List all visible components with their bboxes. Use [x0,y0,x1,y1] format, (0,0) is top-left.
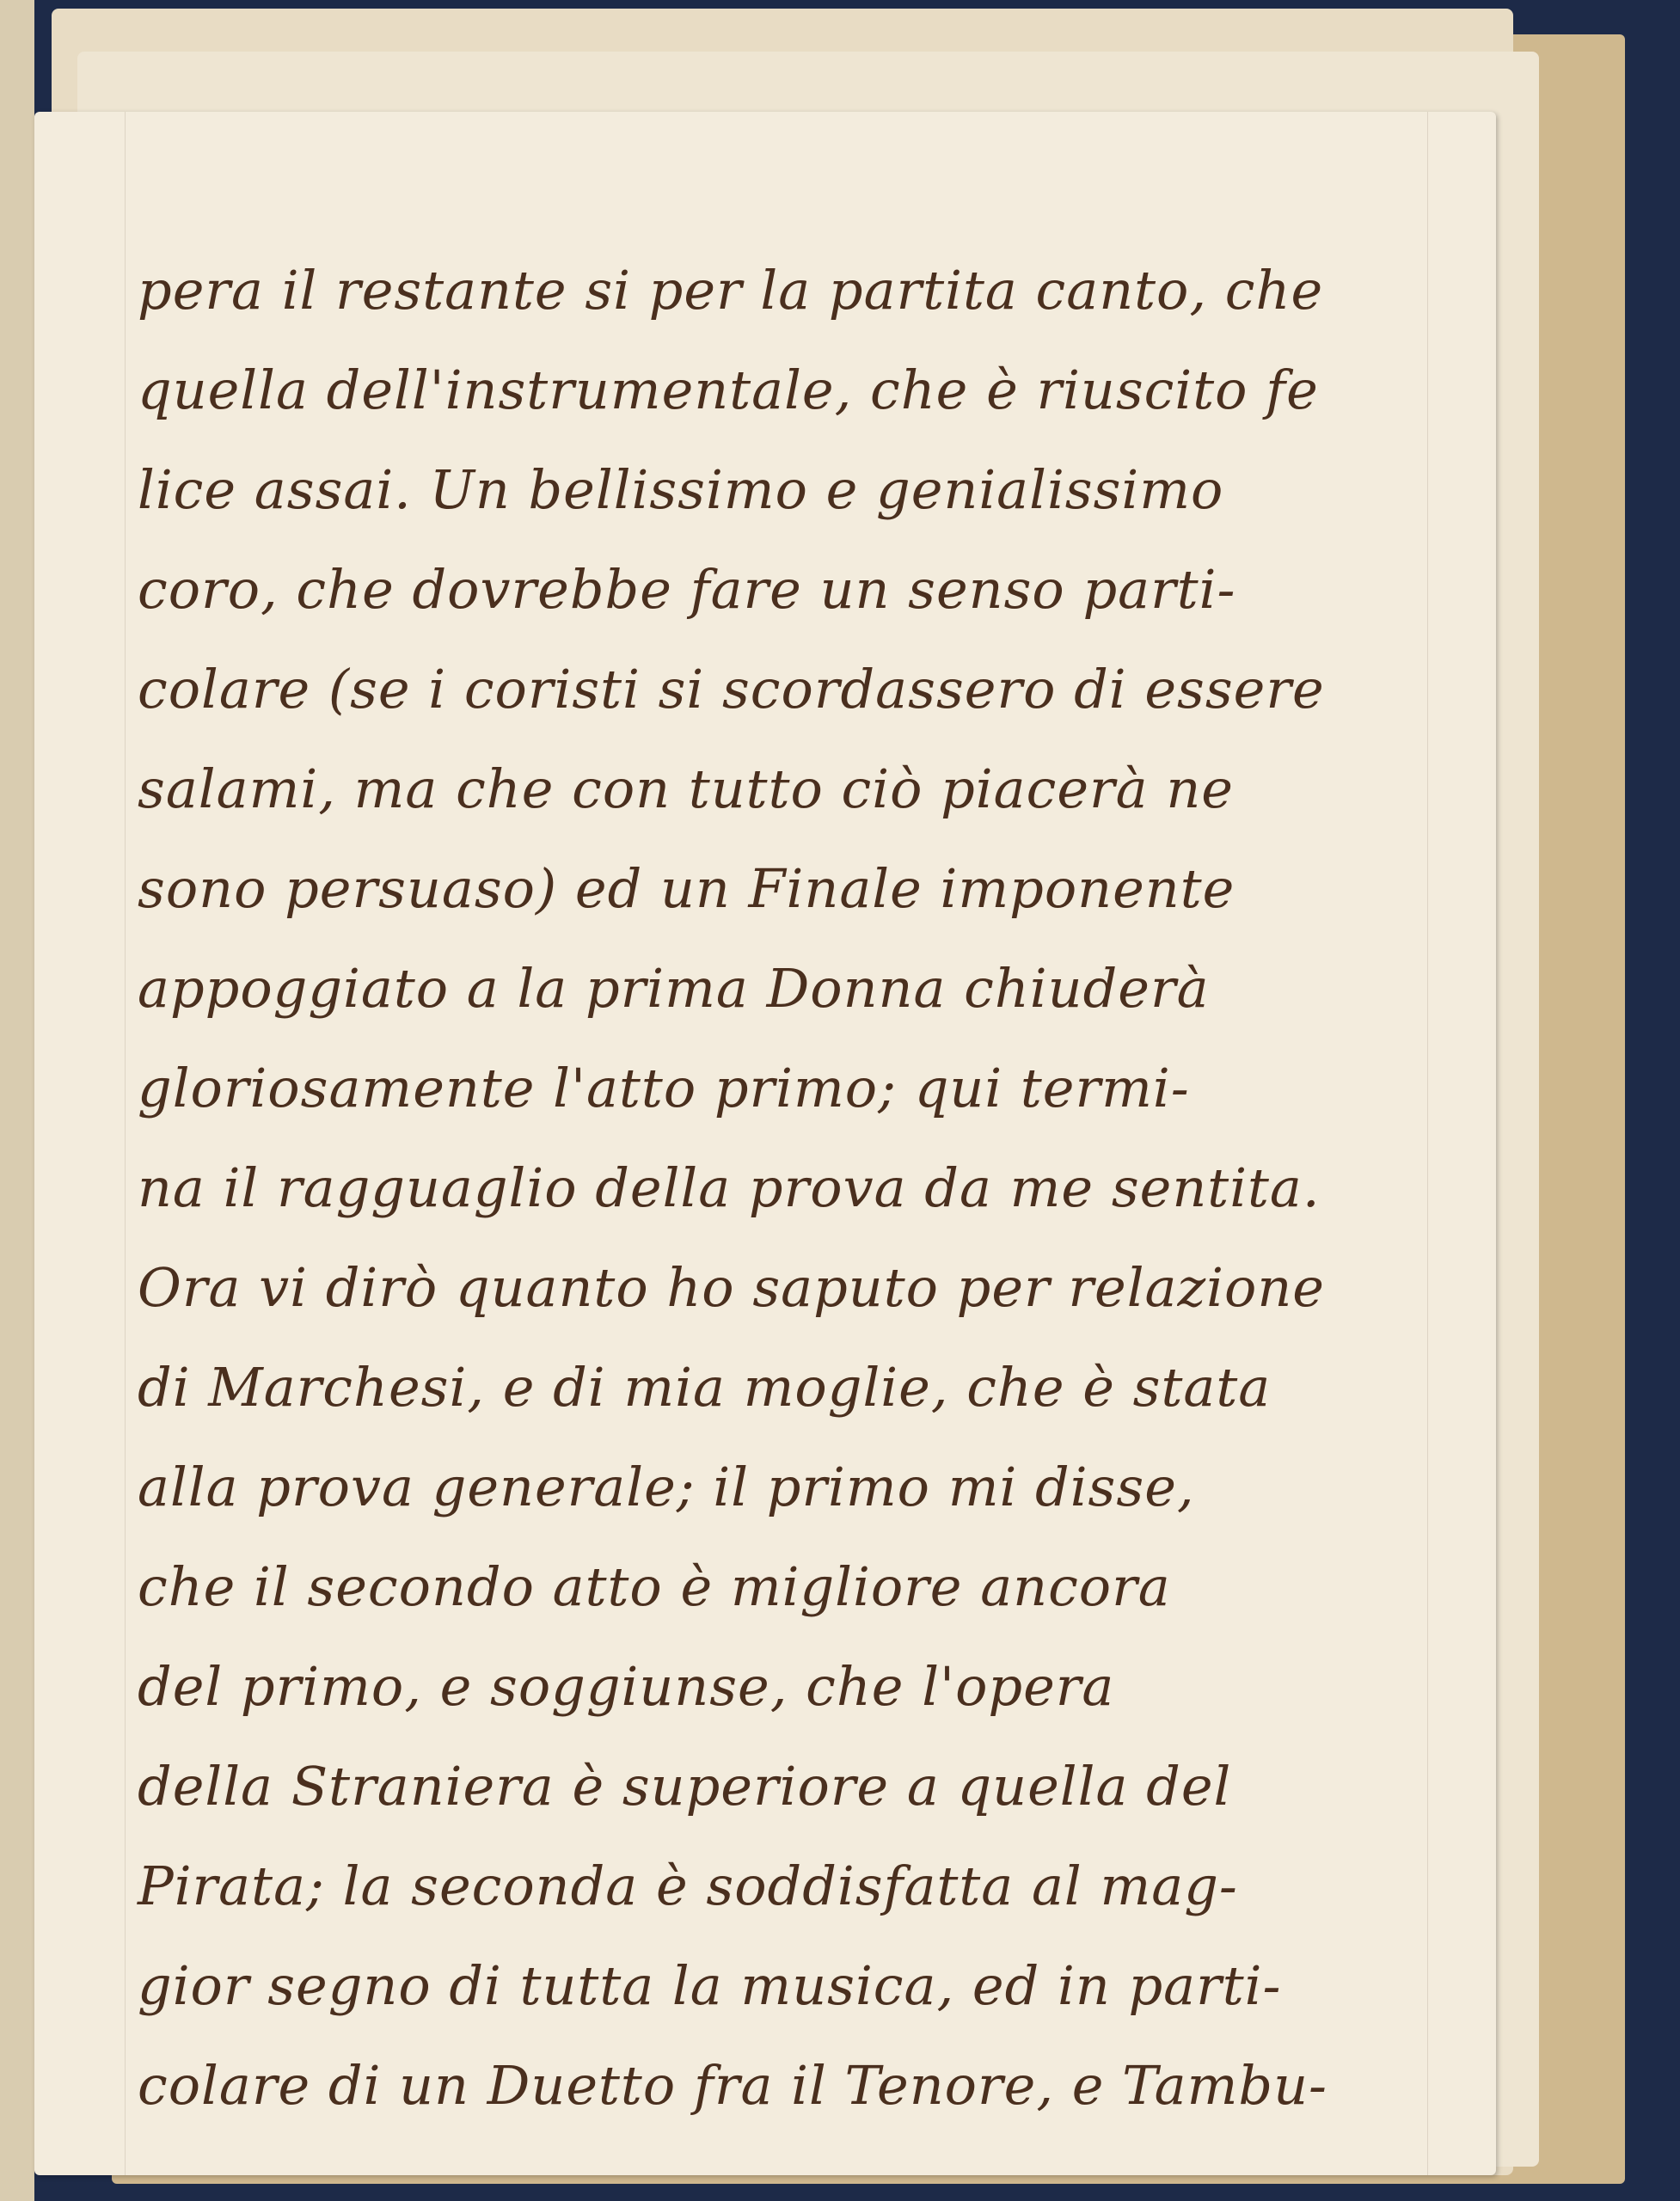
text-line: pera il restante si per la partita canto… [138,241,1427,340]
margin-rule [125,112,126,2175]
text-line: sono persuaso) ed un Finale imponente [138,839,1427,939]
text-line: del primo, e soggiunse, che l'opera [138,1637,1427,1737]
text-line: colare di un Duetto fra il Tenore, e Tam… [138,2036,1427,2136]
handwritten-text: pera il restante si per la partita canto… [138,241,1427,2136]
left-facing-page-edge [0,0,34,2201]
text-line: salami, ma che con tutto ciò piacerà ne [138,739,1427,839]
text-line: alla prova generale; il primo mi disse, [138,1438,1427,1537]
text-line: colare (se i coristi si scordassero di e… [138,640,1427,739]
text-line: di Marchesi, e di mia moglie, che è stat… [138,1338,1427,1438]
text-line: della Straniera è superiore a quella del [138,1737,1427,1836]
text-line: coro, che dovrebbe fare un senso parti- [138,540,1427,640]
manuscript-page: pera il restante si per la partita canto… [34,112,1496,2175]
text-line: Pirata; la seconda è soddisfatta al mag- [138,1836,1427,1936]
text-line: gloriosamente l'atto primo; qui termi- [138,1039,1427,1138]
text-line: appoggiato a la prima Donna chiuderà [138,939,1427,1039]
text-line: Ora vi dirò quanto ho saputo per relazio… [138,1238,1427,1338]
margin-rule [1427,112,1428,2175]
text-line: gior segno di tutta la musica, ed in par… [138,1936,1427,2036]
text-line: na il ragguaglio della prova da me senti… [138,1138,1427,1238]
text-line: che il secondo atto è migliore ancora [138,1537,1427,1637]
text-line: lice assai. Un bellissimo e genialissimo [138,440,1427,540]
text-line: quella dell'instrumentale, che è riuscit… [138,340,1427,440]
